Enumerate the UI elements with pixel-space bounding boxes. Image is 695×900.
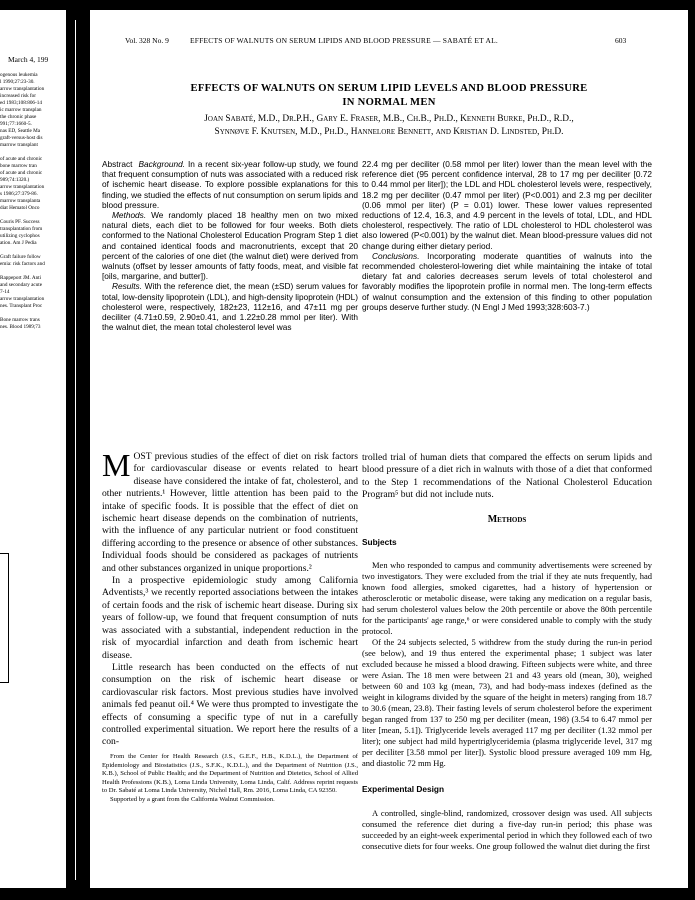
reference-fragment: ation. Am J Pedia: [0, 240, 66, 247]
reference-fragment: the chronic phase: [0, 114, 66, 121]
author-list: Joan Sabaté, M.D., Dr.P.H., Gary E. Fras…: [90, 113, 688, 139]
reference-fragment: nas ED, Seattle Ma: [0, 128, 66, 135]
abstract-results-continued: 22.4 mg per deciliter (0.58 mmol per lit…: [362, 159, 652, 251]
reference-fragment: [0, 149, 66, 156]
adjacent-page-box: [0, 553, 9, 683]
design-text: A controlled, single-blind, randomized, …: [362, 808, 652, 852]
adjacent-page-fragment: March 4, 199 ogenous leukemial 1990;27:2…: [0, 10, 66, 890]
reference-fragment: [0, 310, 66, 317]
reference-fragment: increased risk for: [0, 93, 66, 100]
reference-fragment: ed 1983;108:806-14: [0, 100, 66, 107]
reference-fragment: graft-versus-host dis: [0, 135, 66, 142]
abstract-results: Results. With the reference diet, the me…: [102, 281, 358, 332]
adjacent-page-date: March 4, 199: [8, 55, 48, 64]
reference-fragment: marrow transplanta: [0, 198, 66, 205]
reference-fragment: nes. Transplant Proc: [0, 303, 66, 310]
reference-fragment: l 1990;27:23-30.: [0, 79, 66, 86]
reference-fragment: [0, 247, 66, 254]
subsection-heading-subjects: Subjects: [362, 536, 652, 548]
reference-fragment: arrow transplantation: [0, 184, 66, 191]
reference-fragment: 7-14: [0, 289, 66, 296]
volume-issue: Vol. 328 No. 9: [125, 36, 169, 45]
reference-fragment: arrow transplantation: [0, 296, 66, 303]
intro-paragraph-continued: trolled trial of human diets that compar…: [362, 452, 652, 502]
intro-paragraph-2: In a prospective epidemiologic study amo…: [102, 575, 358, 662]
book-gutter: [80, 10, 90, 890]
reference-fragment: diat Hematol Onco: [0, 205, 66, 212]
reference-fragment: marrow transplant: [0, 142, 66, 149]
book-spine: [66, 10, 80, 890]
reference-fragment: emia: risk factors and: [0, 261, 66, 268]
subsection-heading-design: Experimental Design: [362, 783, 652, 795]
subjects-text: Men who responded to campus and communit…: [362, 560, 652, 769]
reference-fragment: [0, 212, 66, 219]
abstract-background: AbstractBackground. In a recent six-year…: [102, 159, 358, 210]
abstract-methods: Methods. We randomly placed 18 healthy m…: [102, 210, 358, 281]
abstract-left-column: AbstractBackground. In a recent six-year…: [102, 159, 358, 332]
journal-page: Vol. 328 No. 9 EFFECTS OF WALNUTS ON SER…: [90, 10, 688, 888]
spine-highlight: [75, 20, 76, 880]
reference-fragment: ogenous leukemia: [0, 72, 66, 79]
adjacent-page-references: ogenous leukemial 1990;27:23-30.arrow tr…: [0, 72, 66, 331]
reference-fragment: of acute and chronic: [0, 156, 66, 163]
reference-fragment: transplantation from: [0, 226, 66, 233]
reference-fragment: 989;74:1320.): [0, 177, 66, 184]
reference-fragment: Graft failure follow: [0, 254, 66, 261]
intro-paragraph-1: MOST previous studies of the effect of d…: [102, 451, 358, 575]
section-heading-methods: Methods: [362, 514, 652, 526]
funding-note: Supported by a grant from the California…: [102, 796, 358, 805]
reference-fragment: nes. Blood 1989;73: [0, 324, 66, 331]
reference-fragment: arrow transplantation: [0, 86, 66, 93]
reference-fragment: Couris PF. Success: [0, 219, 66, 226]
title-line-1: EFFECTS OF WALNUTS ON SERUM LIPID LEVELS…: [90, 82, 688, 96]
reference-fragment: Bone marrow trans: [0, 317, 66, 324]
affiliation-note: From the Center for Health Research (J.S…: [102, 753, 358, 796]
reference-fragment: Rappeport JM. Anti: [0, 275, 66, 282]
reference-fragment: of acute and chronic: [0, 170, 66, 177]
abstract-conclusions: Conclusions. Incorporating moderate quan…: [362, 251, 652, 312]
reference-fragment: [0, 268, 66, 275]
abstract-right-column: 22.4 mg per deciliter (0.58 mmol per lit…: [362, 159, 652, 312]
body-left-column: MOST previous studies of the effect of d…: [102, 451, 358, 749]
reference-fragment: utilizing cyclophos: [0, 233, 66, 240]
reference-fragment: and secondary acute: [0, 282, 66, 289]
intro-paragraph-3: Little research has been conducted on th…: [102, 662, 358, 749]
scan-border-bottom: [0, 888, 695, 900]
title-line-2: IN NORMAL MEN: [90, 96, 688, 110]
abstract-label: Abstract: [102, 159, 132, 169]
reference-fragment: 991;77:1660-5.: [0, 121, 66, 128]
reference-fragment: bone marrow tran: [0, 163, 66, 170]
subjects-paragraph-1: Men who responded to campus and communit…: [362, 560, 652, 637]
reference-fragment: ic marrow transplan: [0, 107, 66, 114]
scan-border-top: [0, 0, 695, 10]
authors-line-2: Synnøve F. Knutsen, M.D., Ph.D., Hannelo…: [90, 126, 688, 139]
reference-fragment: s 1986;27:379-86.: [0, 191, 66, 198]
design-paragraph-1: A controlled, single-blind, randomized, …: [362, 808, 652, 852]
drop-cap: M: [102, 453, 130, 477]
running-title: EFFECTS OF WALNUTS ON SERUM LIPIDS AND B…: [190, 36, 498, 45]
subjects-paragraph-2: Of the 24 subjects selected, 5 withdrew …: [362, 637, 652, 769]
scan-border-right: [688, 10, 695, 890]
article-title: EFFECTS OF WALNUTS ON SERUM LIPID LEVELS…: [90, 82, 688, 110]
footnotes: From the Center for Health Research (J.S…: [102, 753, 358, 805]
authors-line-1: Joan Sabaté, M.D., Dr.P.H., Gary E. Fras…: [90, 113, 688, 126]
body-right-column: trolled trial of human diets that compar…: [362, 452, 652, 852]
page-number: 603: [615, 36, 626, 45]
